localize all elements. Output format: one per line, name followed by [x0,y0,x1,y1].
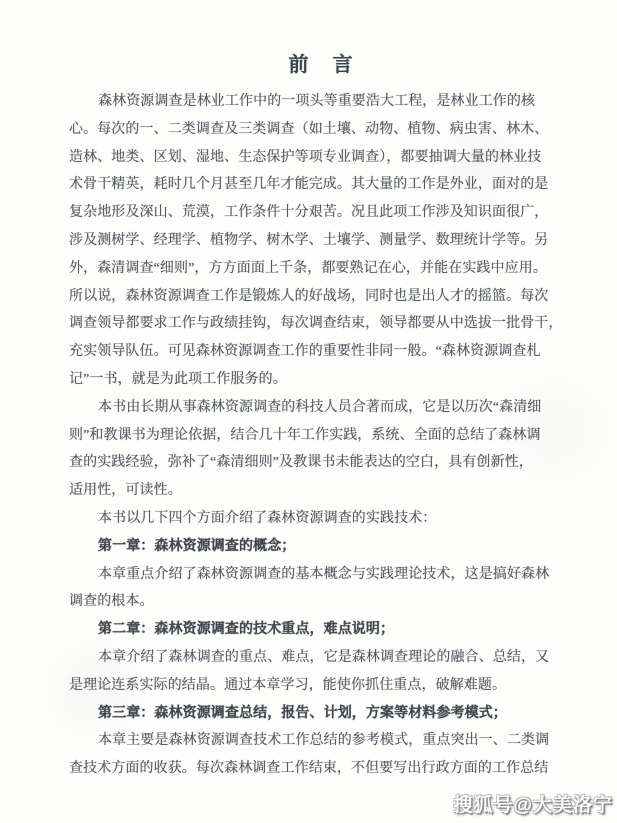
text-line: 调查领导都要求工作与政绩挂钩，每次调查结束，领导都要从中选拔一批骨干， [69,310,569,338]
scanned-book-page: 前 言 森林资源调查是林业工作中的一项头等重要浩大工程，是林业工作的核心。每次的… [0,0,617,823]
text-line: 第三章：森林资源调查总结，报告、计划，方案等材料参考模式； [69,700,569,728]
text-line: 本章主要是森林资源调查技术工作总结的参考模式，重点突出一、二类调 [69,727,569,755]
text-line: 第二章：森林资源调查的技术重点，难点说明； [69,616,569,644]
text-line: 本书以几下四个方面介绍了森林资源调查的实践技术： [69,505,569,533]
text-line: 外，森清调查“细则”，方方面面上千条，都要熟记在心，并能在实践中应用。 [69,255,569,283]
text-line: 森林资源调查是林业工作中的一项头等重要浩大工程，是林业工作的核 [69,88,569,116]
text-line: 造林、地类、区划、湿地、生态保护等项专业调查），都要抽调大量的林业技 [69,144,569,172]
body-text: 森林资源调查是林业工作中的一项头等重要浩大工程，是林业工作的核心。每次的一、二类… [69,88,569,783]
text-line: 第一章：森林资源调查的概念； [69,533,569,561]
text-line: 记”一书，就是为此项工作服务的。 [69,366,569,394]
page-title: 前 言 [13,48,617,77]
sohu-watermark: 搜狐号@大美洛宁 [453,790,613,817]
text-line: 查技术方面的收获。每次森林调查工作结束，不但要写出行政方面的工作总结 [69,755,569,783]
text-line: 充实领导队伍。可见森林资源调查工作的重要性非同一般。“森林资源调查札 [69,338,569,366]
text-line: 查的实践经验，弥补了“森清细则”及教课书未能表达的空白，具有创新性， [69,449,569,477]
text-line: 本章介绍了森林调查的重点、难点，它是森林调查理论的融合、总结，又 [69,644,569,672]
text-line: 是理论连系实际的结晶。通过本章学习，能使你抓住重点，破解难题。 [69,672,569,700]
text-line: 适用性，可读性。 [69,477,569,505]
text-line: 本书由长期从事森林资源调查的科技人员合著而成，它是以历次“森清细 [69,394,569,422]
text-line: 涉及测树学、经理学、植物学、树木学、土壤学、测量学、数理统计学等。另 [69,227,569,255]
text-line: 所以说，森林资源调查工作是锻炼人的好战场，同时也是出人才的摇篮。每次 [69,283,569,311]
text-line: 心。每次的一、二类调查及三类调查（如土壤、动物、植物、病虫害、林木、 [69,116,569,144]
text-line: 术骨干精英，耗时几个月甚至几年才能完成。其大量的工作是外业，面对的是 [69,171,569,199]
text-line: 则”和教课书为理论依据，结合几十年工作实践，系统、全面的总结了森林调 [69,422,569,450]
text-line: 本章重点介绍了森林资源调查的基本概念与实践理论技术，这是搞好森林 [69,561,569,589]
text-line: 调查的根本。 [69,588,569,616]
text-line: 复杂地形及深山、荒漠，工作条件十分艰苦。况且此项工作涉及知识面很广， [69,199,569,227]
